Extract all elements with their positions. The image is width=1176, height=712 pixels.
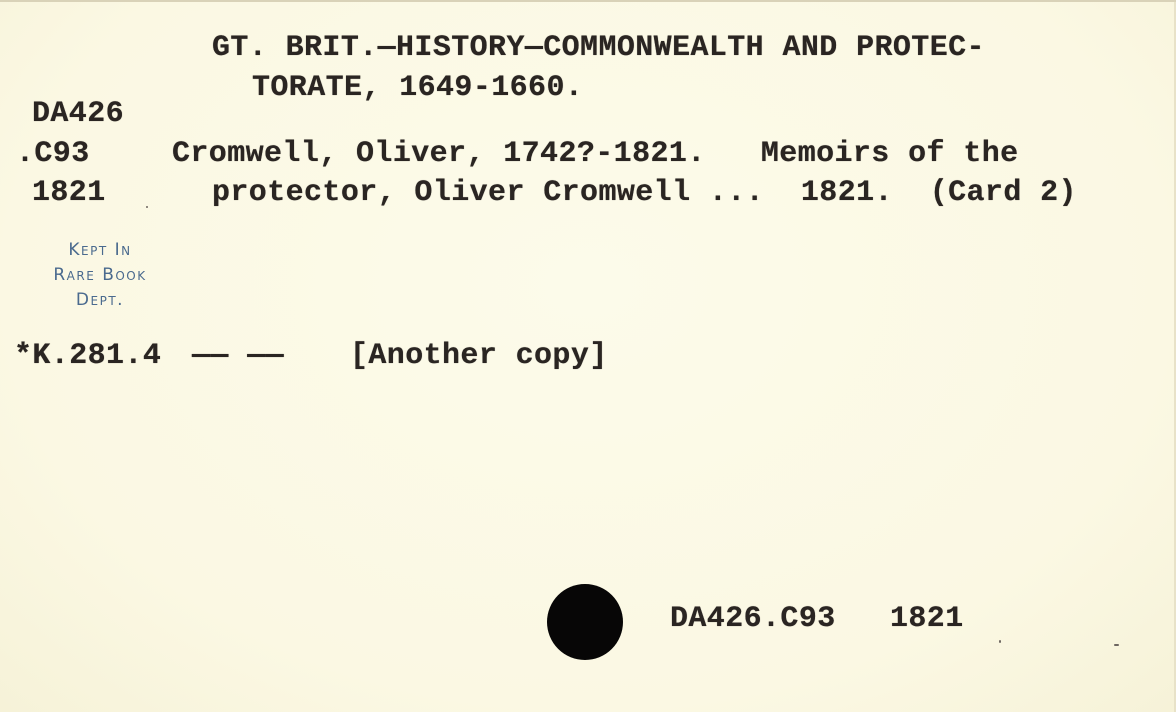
ink-speck: [1114, 644, 1119, 646]
call-number-cutter: .C93: [16, 139, 90, 169]
ink-speck: [146, 206, 148, 208]
footer-call-number-year: 1821: [890, 604, 964, 634]
other-copy-note: [Another copy]: [350, 341, 608, 371]
punch-hole: [547, 584, 623, 660]
other-copy-dashes: —— ——: [192, 341, 284, 371]
rare-book-dept-stamp: Kept In Rare Book Dept.: [14, 238, 186, 313]
catalog-card: GT. BRIT.—HISTORY—COMMONWEALTH AND PROTE…: [0, 0, 1176, 712]
ink-speck: [999, 640, 1001, 643]
main-entry-line-1: Cromwell, Oliver, 1742?-1821. Memoirs of…: [172, 139, 1019, 169]
subject-heading-line-1: GT. BRIT.—HISTORY—COMMONWEALTH AND PROTE…: [212, 33, 985, 63]
footer-call-number: DA426.C93: [670, 604, 836, 634]
stamp-line-2: Rare Book: [14, 263, 186, 288]
stamp-line-1: Kept In: [14, 238, 186, 263]
main-entry-line-2: protector, Oliver Cromwell ... 1821. (Ca…: [212, 178, 1077, 208]
other-copy-shelfmark: *K.281.4: [14, 341, 161, 371]
subject-heading-line-2: TORATE, 1649-1660.: [252, 73, 583, 103]
stamp-line-3: Dept.: [14, 288, 186, 313]
call-number-class: DA426: [32, 99, 124, 129]
call-number-year: 1821: [32, 178, 106, 208]
